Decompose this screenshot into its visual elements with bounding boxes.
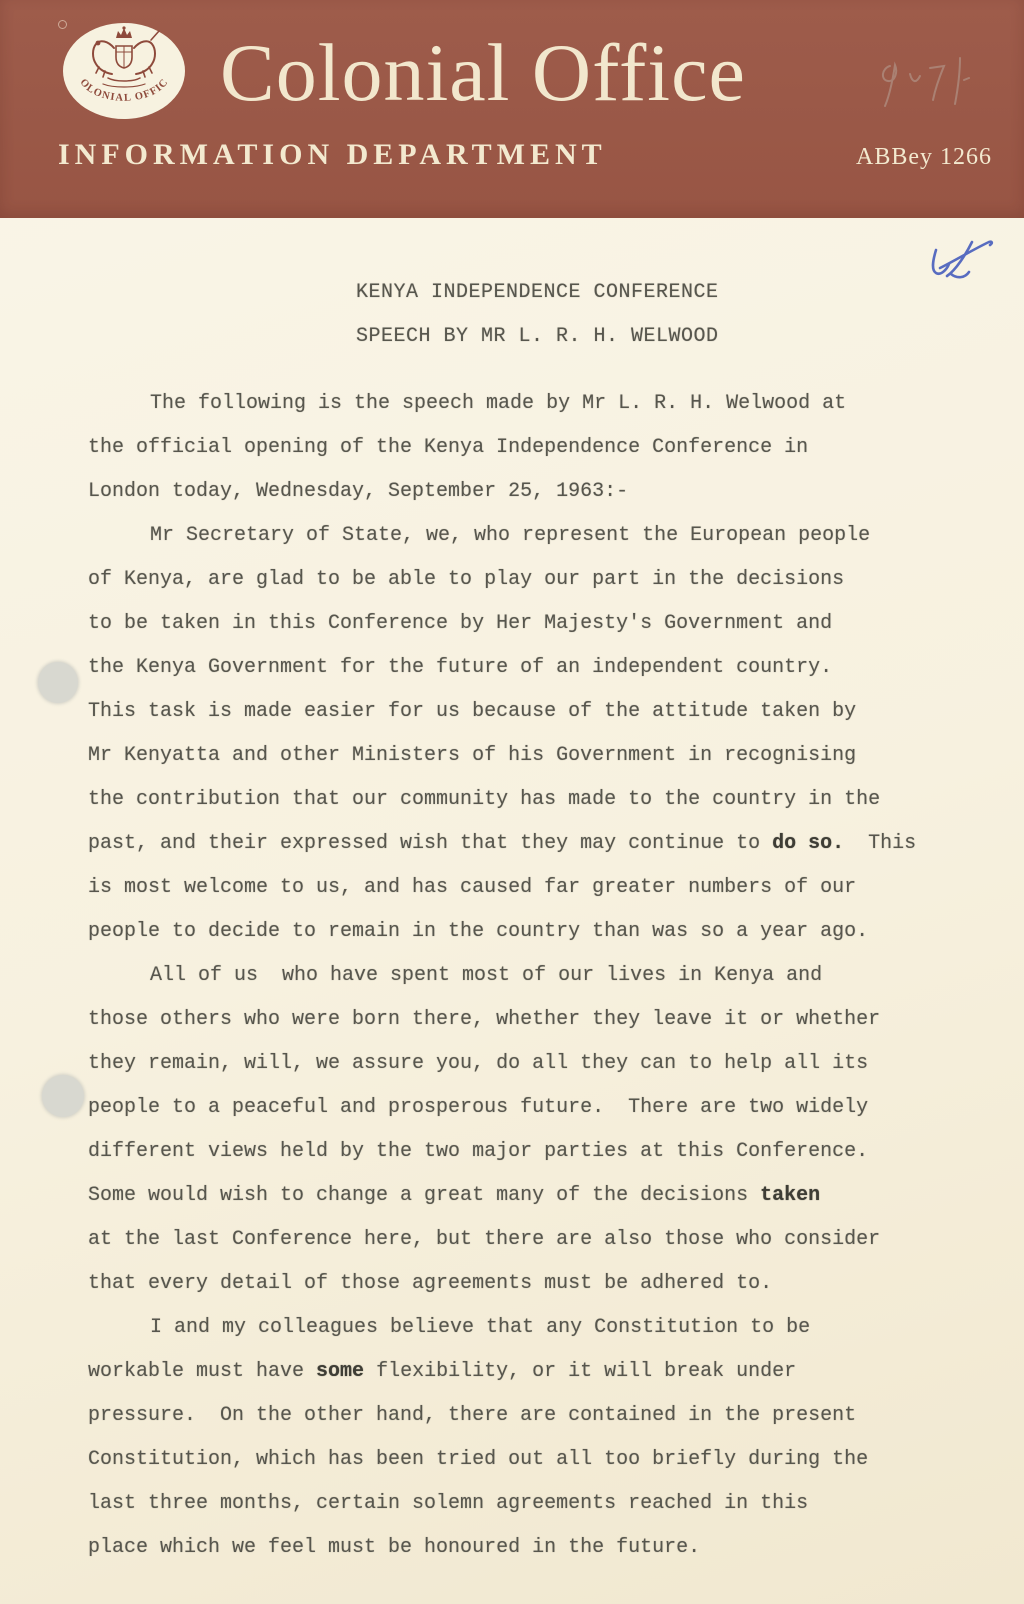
brand-title: Colonial Office: [220, 32, 746, 114]
speech-line: the official opening of the Kenya Indepe…: [88, 426, 958, 470]
speech-line: the contribution that our community has …: [88, 778, 958, 822]
scanned-press-release-page: COLONIAL OFFICE Colonial Office INFORMAT…: [0, 0, 1024, 1604]
speech-line: last three months, certain solemn agreem…: [88, 1482, 958, 1526]
speech-line: place which we feel must be honoured in …: [88, 1526, 958, 1570]
speech-line: people to a peaceful and prosperous futu…: [88, 1086, 958, 1130]
phone-number: ABBey 1266: [856, 144, 992, 171]
speech-line: people to decide to remain in the countr…: [88, 910, 958, 954]
speech-line: the Kenya Government for the future of a…: [88, 646, 958, 690]
speech-line: pressure. On the other hand, there are c…: [88, 1394, 958, 1438]
speech-line: I and my colleagues believe that any Con…: [88, 1306, 958, 1350]
speech-line: at the last Conference here, but there a…: [88, 1218, 958, 1262]
colonial-office-crest-logo: COLONIAL OFFICE: [62, 22, 186, 120]
speech-line: The following is the speech made by Mr L…: [88, 382, 958, 426]
speech-line: Constitution, which has been tried out a…: [88, 1438, 958, 1482]
speech-line: All of us who have spent most of our liv…: [88, 954, 958, 998]
pencil-annotation: [872, 40, 977, 120]
speech-line: different views held by the two major pa…: [88, 1130, 958, 1174]
speech-line: they remain, will, we assure you, do all…: [88, 1042, 958, 1086]
speech-line: that every detail of those agreements mu…: [88, 1262, 958, 1306]
speech-line: Mr Kenyatta and other Ministers of his G…: [88, 734, 958, 778]
speech-line: those others who were born there, whethe…: [88, 998, 958, 1042]
speech-line: Mr Secretary of State, we, who represent…: [88, 514, 958, 558]
speech-text: The following is the speech made by Mr L…: [88, 382, 958, 1570]
speech-line: is most welcome to us, and has caused fa…: [88, 866, 958, 910]
speech-line: London today, Wednesday, September 25, 1…: [88, 470, 958, 514]
title-line: SPEECH BY MR L. R. H. WELWOOD: [356, 315, 719, 359]
hole-punch: [38, 662, 78, 703]
royal-coat-of-arms-icon: COLONIAL OFFICE: [62, 22, 186, 120]
speech-line: Some would wish to change a great many o…: [88, 1174, 958, 1218]
letterhead-banner: COLONIAL OFFICE Colonial Office INFORMAT…: [0, 0, 1024, 218]
speech-line: workable must have some flexibility, or …: [88, 1350, 958, 1394]
speech-line: to be taken in this Conference by Her Ma…: [88, 602, 958, 646]
hole-punch: [42, 1075, 84, 1117]
speech-line: past, and their expressed wish that they…: [88, 822, 958, 866]
speech-line: of Kenya, are glad to be able to play ou…: [88, 558, 958, 602]
title-line: KENYA INDEPENDENCE CONFERENCE: [356, 271, 719, 315]
ink-initials-annotation: [926, 234, 998, 288]
department-title: INFORMATION DEPARTMENT: [58, 138, 607, 172]
document-title: KENYA INDEPENDENCE CONFERENCESPEECH BY M…: [356, 271, 719, 359]
speech-line: This task is made easier for us because …: [88, 690, 958, 734]
